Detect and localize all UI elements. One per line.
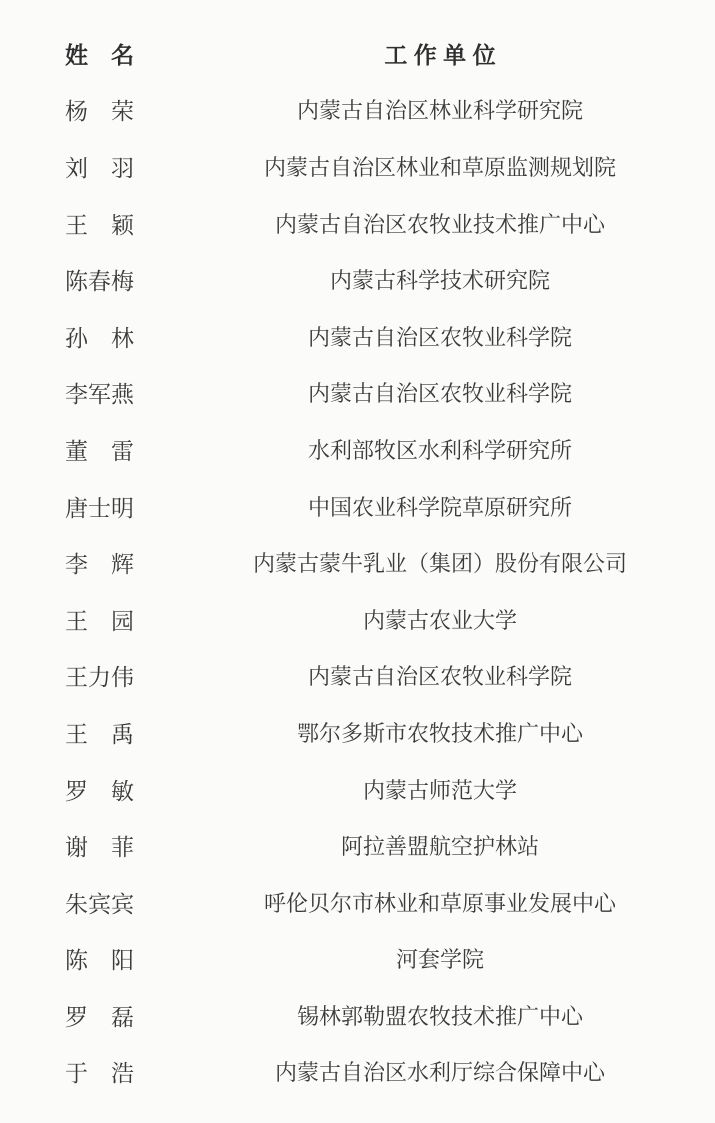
- person-name: 刘 羽: [65, 150, 135, 183]
- table-row: 李军燕 内蒙古自治区农牧业科学院: [0, 365, 715, 422]
- table-row: 陈春梅 内蒙古科学技术研究院: [0, 251, 715, 308]
- table-row: 王 园 内蒙古农业大学: [0, 591, 715, 648]
- column-header-work-unit: 工 作 单 位: [165, 37, 715, 70]
- table-row: 谢 菲 阿拉善盟航空护林站: [0, 817, 715, 874]
- person-name: 罗 敏: [65, 773, 135, 806]
- work-unit: 内蒙古自治区农牧业科学院: [165, 377, 715, 408]
- person-name: 李 辉: [65, 546, 135, 579]
- work-unit: 水利部牧区水利科学研究所: [165, 434, 715, 465]
- table-row: 朱宾宾 呼伦贝尔市林业和草原事业发展中心: [0, 874, 715, 931]
- work-unit: 河套学院: [165, 943, 715, 974]
- work-unit: 内蒙古自治区林业科学研究院: [165, 94, 715, 125]
- person-name: 朱宾宾: [65, 886, 135, 919]
- column-header-name: 姓 名: [65, 37, 135, 70]
- table-row: 刘 羽 内蒙古自治区林业和草原监测规划院: [0, 138, 715, 195]
- person-name: 王力伟: [65, 659, 135, 692]
- table-row: 唐士明 中国农业科学院草原研究所: [0, 478, 715, 535]
- person-name: 孙 林: [65, 320, 135, 353]
- table-row: 杨 荣 内蒙古自治区林业科学研究院: [0, 82, 715, 139]
- table-row: 王 颖 内蒙古自治区农牧业技术推广中心: [0, 195, 715, 252]
- person-name: 谢 菲: [65, 829, 135, 862]
- person-name: 于 浩: [65, 1055, 135, 1088]
- table-row: 李 辉 内蒙古蒙牛乳业（集团）股份有限公司: [0, 534, 715, 591]
- work-unit: 阿拉善盟航空护林站: [165, 830, 715, 861]
- work-unit: 内蒙古农业大学: [165, 604, 715, 635]
- table-row: 罗 敏 内蒙古师范大学: [0, 761, 715, 818]
- person-name: 李军燕: [65, 376, 135, 409]
- person-name: 唐士明: [65, 490, 135, 523]
- work-unit: 呼伦贝尔市林业和草原事业发展中心: [165, 887, 715, 918]
- table-row: 于 浩 内蒙古自治区水利厅综合保障中心: [0, 1044, 715, 1101]
- work-unit: 内蒙古自治区农牧业技术推广中心: [165, 208, 715, 239]
- person-name: 陈 阳: [65, 942, 135, 975]
- person-name: 罗 磊: [65, 999, 135, 1032]
- person-name: 王 颖: [65, 207, 135, 240]
- work-unit: 内蒙古自治区林业和草原监测规划院: [165, 151, 715, 182]
- work-unit: 内蒙古自治区水利厅综合保障中心: [165, 1056, 715, 1087]
- person-name: 杨 荣: [65, 93, 135, 126]
- work-unit: 内蒙古蒙牛乳业（集团）股份有限公司: [165, 547, 715, 578]
- roster-page: 姓 名 工 作 单 位 杨 荣 内蒙古自治区林业科学研究院 刘 羽 内蒙古自治区…: [0, 0, 715, 1123]
- table-header-row: 姓 名 工 作 单 位: [0, 25, 715, 82]
- person-name: 陈春梅: [65, 263, 135, 296]
- person-name: 王 禹: [65, 716, 135, 749]
- work-unit: 中国农业科学院草原研究所: [165, 491, 715, 522]
- table-row: 陈 阳 河套学院: [0, 931, 715, 988]
- table-body: 杨 荣 内蒙古自治区林业科学研究院 刘 羽 内蒙古自治区林业和草原监测规划院 王…: [0, 82, 715, 1101]
- work-unit: 锡林郭勒盟农牧技术推广中心: [165, 1000, 715, 1031]
- person-name: 董 雷: [65, 433, 135, 466]
- work-unit: 内蒙古自治区农牧业科学院: [165, 321, 715, 352]
- work-unit: 内蒙古科学技术研究院: [165, 264, 715, 295]
- table-row: 孙 林 内蒙古自治区农牧业科学院: [0, 308, 715, 365]
- work-unit: 内蒙古师范大学: [165, 774, 715, 805]
- person-name: 王 园: [65, 603, 135, 636]
- table-row: 罗 磊 锡林郭勒盟农牧技术推广中心: [0, 987, 715, 1044]
- table-row: 王 禹 鄂尔多斯市农牧技术推广中心: [0, 704, 715, 761]
- work-unit: 内蒙古自治区农牧业科学院: [165, 660, 715, 691]
- table-row: 王力伟 内蒙古自治区农牧业科学院: [0, 648, 715, 705]
- work-unit: 鄂尔多斯市农牧技术推广中心: [165, 717, 715, 748]
- table-row: 董 雷 水利部牧区水利科学研究所: [0, 421, 715, 478]
